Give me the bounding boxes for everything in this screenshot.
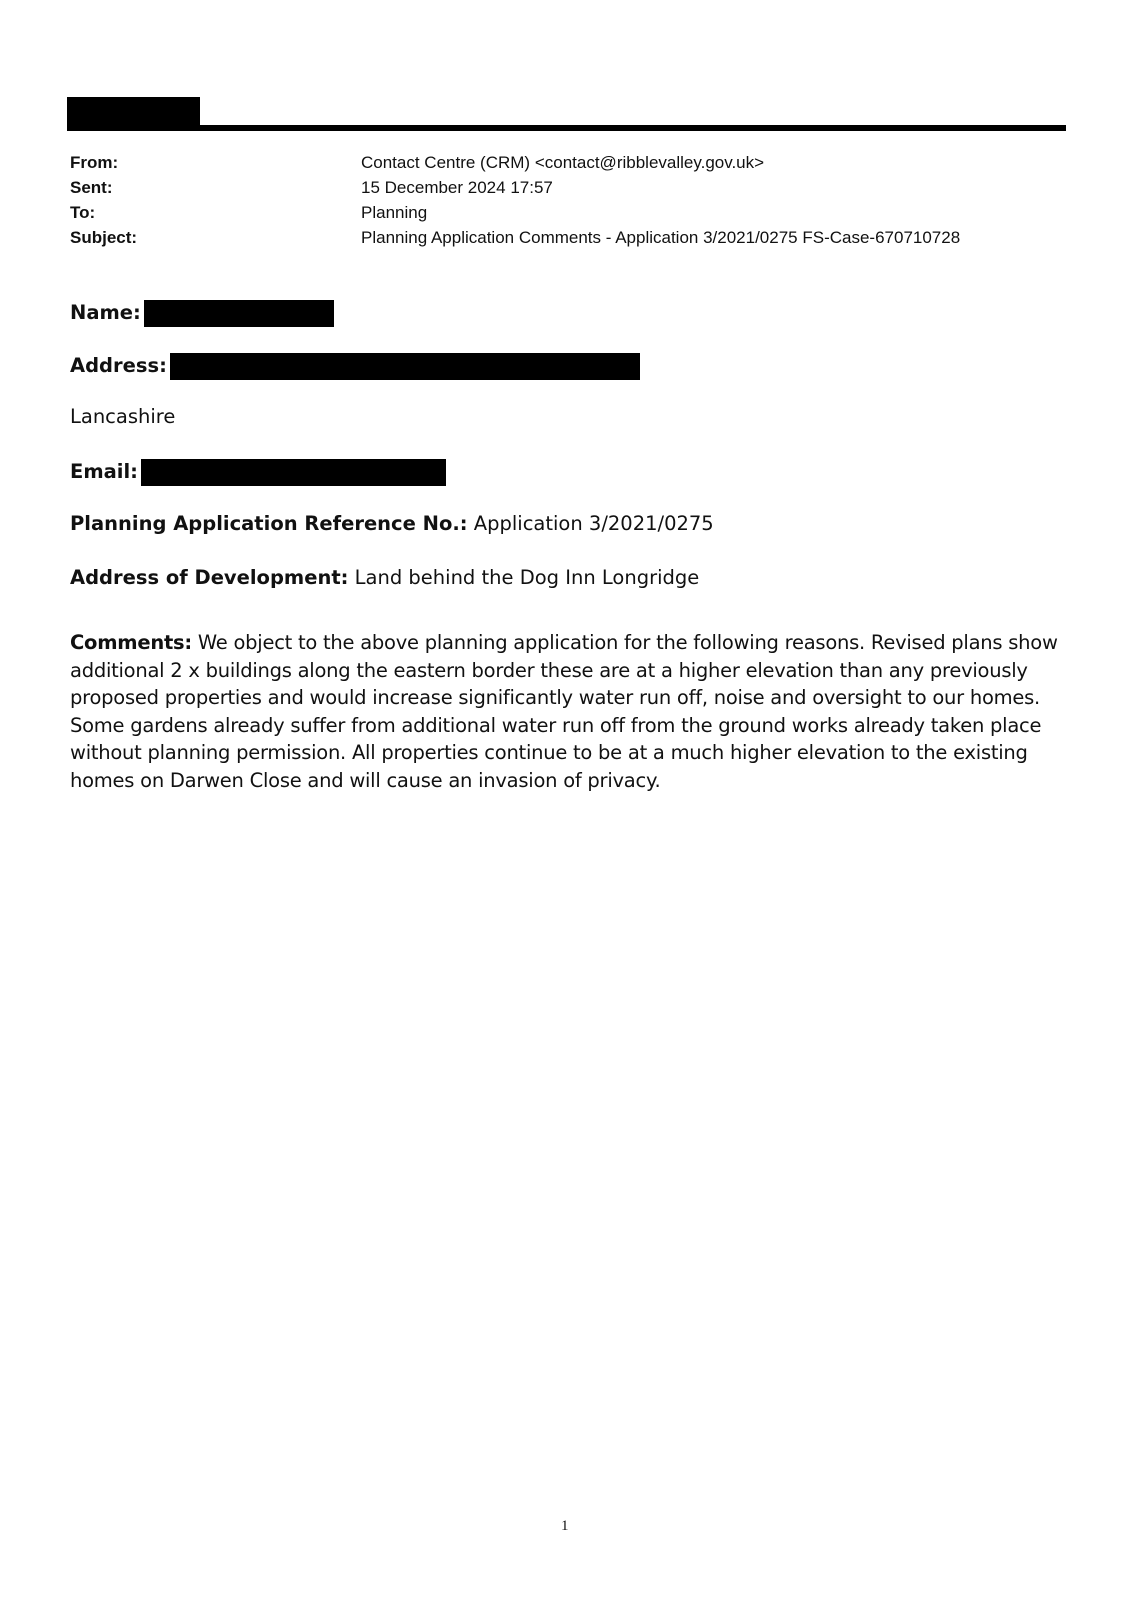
from-value: Contact Centre (CRM) <contact@ribblevall… [361, 150, 764, 175]
reference-field: Planning Application Reference No.: Appl… [70, 512, 714, 535]
page-number: 1 [561, 1518, 569, 1535]
reference-value: Application 3/2021/0275 [468, 512, 714, 535]
address-field: Address: [70, 353, 640, 380]
redacted-email [141, 459, 446, 486]
redacted-sender-block [67, 97, 200, 127]
subject-label: Subject: [70, 225, 361, 250]
email-field: Email: [70, 459, 446, 486]
redacted-name [144, 300, 334, 327]
redacted-address [170, 353, 640, 380]
from-label: From: [70, 150, 361, 175]
reference-label: Planning Application Reference No.: [70, 512, 468, 535]
development-label: Address of Development: [70, 566, 348, 589]
to-row: To: Planning [70, 200, 960, 225]
to-label: To: [70, 200, 361, 225]
sent-row: Sent: 15 December 2024 17:57 [70, 175, 960, 200]
sent-value: 15 December 2024 17:57 [361, 175, 553, 200]
name-field: Name: [70, 300, 334, 327]
development-field: Address of Development: Land behind the … [70, 566, 699, 589]
from-row: From: Contact Centre (CRM) <contact@ribb… [70, 150, 960, 175]
development-value: Land behind the Dog Inn Longridge [348, 566, 699, 589]
comments-value: We object to the above planning applicat… [70, 631, 1058, 792]
county: Lancashire [70, 405, 175, 428]
email-label: Email: [70, 460, 138, 483]
comments-label: Comments: [70, 631, 192, 654]
email-header: From: Contact Centre (CRM) <contact@ribb… [70, 150, 960, 250]
name-label: Name: [70, 301, 141, 324]
subject-row: Subject: Planning Application Comments -… [70, 225, 960, 250]
header-rule [67, 125, 1066, 131]
comments-field: Comments: We object to the above plannin… [70, 629, 1065, 795]
subject-value: Planning Application Comments - Applicat… [361, 225, 960, 250]
address-label: Address: [70, 354, 167, 377]
to-value: Planning [361, 200, 427, 225]
sent-label: Sent: [70, 175, 361, 200]
